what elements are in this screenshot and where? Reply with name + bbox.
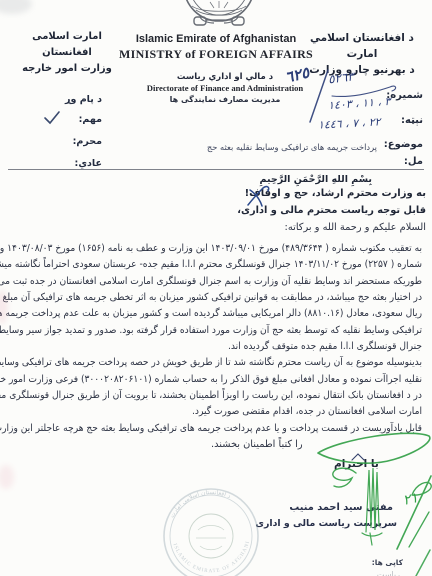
enclosure-field-label: مل: — [404, 156, 423, 167]
body-line: ریال سعودی، معادل (۸۸۱۰.۱۶) دالر امریکای… — [33, 306, 422, 322]
body-line: در د افغانستان بانک انتقال نموده، این ری… — [33, 388, 422, 404]
body-line: به تعقیب مکتوب شماره ( ۴۸۹/۳۶۴۴) مورخ ۱۴… — [33, 241, 422, 257]
important-checkmark-icon — [42, 110, 62, 126]
signature-loop — [318, 433, 430, 463]
handwritten-check-mark — [242, 184, 272, 210]
signature-spike — [362, 468, 382, 536]
department-pashto: د مالي او اداري رياست — [150, 72, 300, 82]
letterhead-english-line1: Islamic Emirate of Afghanistan — [126, 33, 306, 45]
subject-value: پرداخت جریمه های ترافیکی وسایط نقلیه بعث… — [207, 142, 377, 152]
letter-body: به تعقیب مکتوب شماره ( ۴۸۹/۳۶۴۴) مورخ ۱۴… — [4, 241, 422, 437]
stamp-ring-text-persian: د افغانستان اسلامي امارت — [169, 489, 232, 519]
national-emblem-icon — [170, 0, 270, 30]
letterhead-dari-line1: امارت اسلامی افغانستان — [12, 29, 122, 61]
copies-faint-text: ریاست — [377, 570, 400, 576]
letterhead-pashto-line1: د افغانستان اسلامي امارت — [302, 30, 422, 62]
letterhead-english-line2: MINISTRY of FOREIGN AFFAIRS — [116, 47, 316, 62]
closing-indent-line: را کتباً اطمینان بخشند. — [211, 439, 303, 450]
scan-smudge — [0, 0, 32, 14]
office-round-stamp: د افغانستان اسلامي امارت ISLAMIC EMIRATE… — [160, 486, 264, 576]
handwritten-slash — [310, 70, 328, 122]
department-dari: مديريت مصارف نمايندگی ها — [150, 95, 300, 104]
classification-confidential-label: محرم: — [73, 136, 102, 147]
signature-handwritten-date: ٢١ — [402, 490, 420, 509]
subject-field-label: موضوع: — [384, 139, 423, 150]
basmala: بِسْمِ اللهِ الرَّحْمَنِ الرَّحِيمِ — [276, 174, 372, 185]
salutation-line: السلام علیکم و رحمة الله و برکاته: — [285, 222, 426, 233]
body-line: در اختیار بعثه حج میباشد، در مطابقت به ق… — [33, 290, 422, 306]
classification-important-label: مهم: — [79, 114, 102, 125]
handwritten-underline — [332, 86, 396, 96]
stamp-ring-text-english: ISLAMIC EMIRATE OF AFGHANISTAN — [160, 486, 251, 574]
copies-label: کاپی ها: — [372, 558, 403, 567]
body-line: امارت اسلامی افغانستان در جده، اقدام مقت… — [33, 404, 422, 420]
scan-smudge — [0, 465, 14, 489]
svg-text:ISLAMIC EMIRATE OF AFGHANISTAN: ISLAMIC EMIRATE OF AFGHANISTAN — [160, 486, 251, 574]
handwritten-strokes — [280, 62, 405, 132]
body-line: شماره ( ۲۲۵۷) مورخ ۱۴۰۳/۱۱/۰۲ جنرال قونس… — [33, 257, 422, 273]
body-line: طوریکه مستحضر اند وسایط نقلیه آن وزارت ب… — [33, 274, 422, 290]
svg-text:د افغانستان اسلامي امارت: د افغانستان اسلامي امارت — [169, 489, 232, 519]
body-line: جنرال قونسلگری ا.ا.ا مقیم جده متوقف گردی… — [33, 339, 422, 355]
classification-ordinary-label: عادي: — [75, 158, 102, 169]
body-line: بدینوسیله موضوع به آن ریاست محترم نگاشته… — [33, 355, 422, 371]
header-divider — [8, 169, 424, 170]
corner-pen-stroke — [410, 548, 432, 576]
letter-page: د افغانستان اسلامي امارت د بهرنيو چارو و… — [0, 0, 432, 576]
body-line: نقلیه اجراآت نموده و معادل افغانی مبلغ ف… — [33, 372, 422, 388]
letterhead-dari: امارت اسلامی افغانستان وزارت امور خارجه — [12, 29, 122, 77]
body-line: ترافیکی وسایط نقلیه که توسط بعثه حج آن و… — [33, 323, 422, 339]
letterhead-dari-line2: وزارت امور خارجه — [12, 61, 122, 77]
classification-attention-label: د پام وړ — [65, 94, 102, 105]
